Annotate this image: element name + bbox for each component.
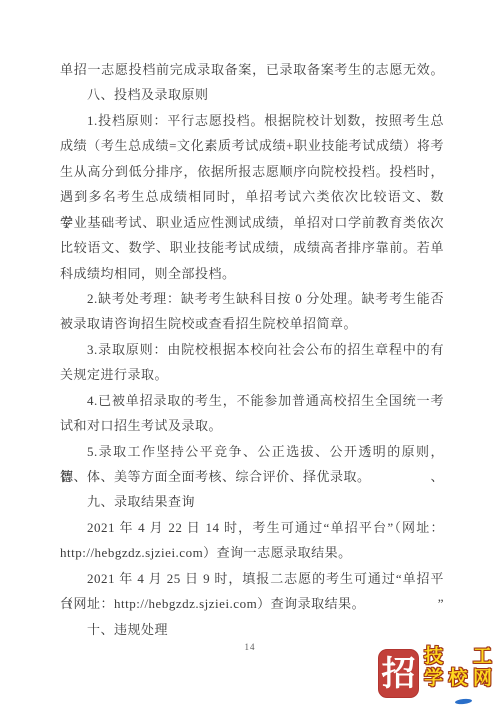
watermark-char: 学 bbox=[424, 668, 443, 690]
document-line: 遇到多名考生总成绩相同时，单招考试六类依次比较语文、数学、 bbox=[60, 184, 444, 209]
document-line: 生从高分到低分排序，依据所报志愿顺序向院校投档。投档时， bbox=[60, 159, 444, 184]
watermark-text: 技 工 学 校 网 bbox=[424, 646, 492, 690]
document-line: 单招一志愿投档前完成录取备案，已录取备案考生的志愿无效。 bbox=[60, 57, 444, 82]
watermark-char: 校 bbox=[448, 668, 467, 690]
watermark-text-row1: 技 工 bbox=[424, 646, 492, 668]
document-line: 4.已被单招录取的考生，不能参加普通高校招生全国统一考 bbox=[60, 388, 444, 413]
document-line: 试和对口招生考试及录取。 bbox=[60, 413, 444, 438]
document-line: 成绩（考生总成绩=文化素质考试成绩+职业技能考试成绩）将考 bbox=[60, 133, 444, 158]
section-heading: 十、违规处理 bbox=[60, 617, 444, 642]
document-line: 关规定进行录取。 bbox=[60, 362, 444, 387]
watermark-text-row2: 学 校 网 bbox=[424, 668, 492, 690]
document-body: 单招一志愿投档前完成录取备案，已录取备案考生的志愿无效。 八、投档及录取原则 1… bbox=[60, 57, 444, 642]
watermark-char: 工 bbox=[473, 646, 492, 668]
watermark-char: 技 bbox=[424, 646, 443, 668]
section-heading: 八、投档及录取原则 bbox=[60, 82, 444, 107]
document-line: 比较语文、数学、职业技能考试成绩，成绩高者排序靠前。若单 bbox=[60, 235, 444, 260]
zhao-badge-icon: 招 bbox=[378, 649, 419, 698]
document-line: 科成绩均相同，则全部投档。 bbox=[60, 261, 444, 286]
watermark-char: 网 bbox=[473, 668, 492, 690]
document-line: 被录取请咨询招生院校或查看招生院校单招简章。 bbox=[60, 311, 444, 336]
document-line: 1.投档原则：平行志愿投档。根据院校计划数，按照考生总 bbox=[60, 108, 444, 133]
blue-swoosh-icon bbox=[455, 698, 472, 705]
document-line: 2.缺考处考理：缺考考生缺科目按 0 分处理。缺考考生能否 bbox=[60, 286, 444, 311]
site-watermark-logo: 招 技 工 学 校 网 bbox=[378, 645, 500, 707]
document-line: http://hebgzdz.sjziei.com）查询一志愿录取结果。 bbox=[60, 540, 444, 565]
document-line: 3.录取原则：由院校根据本校向社会公布的招生章程中的有 bbox=[60, 337, 444, 362]
document-line: 5.录取工作坚持公平竞争、公正选拔、公开透明的原则，德、 bbox=[60, 439, 444, 464]
document-line: 专业基础考试、职业适应性测试成绩，单招对口学前教育类依次 bbox=[60, 210, 444, 235]
zhao-badge-char: 招 bbox=[382, 657, 416, 691]
document-line: 2021 年 4 月 25 日 9 时，填报二志愿的考生可通过“单招平台” bbox=[60, 566, 444, 591]
scanned-document-page: 单招一志愿投档前完成录取备案，已录取备案考生的志愿无效。 八、投档及录取原则 1… bbox=[0, 0, 500, 707]
section-heading: 九、录取结果查询 bbox=[60, 489, 444, 514]
document-line: 2021 年 4 月 22 日 14 时，考生可通过“单招平台”（网址： bbox=[60, 515, 444, 540]
